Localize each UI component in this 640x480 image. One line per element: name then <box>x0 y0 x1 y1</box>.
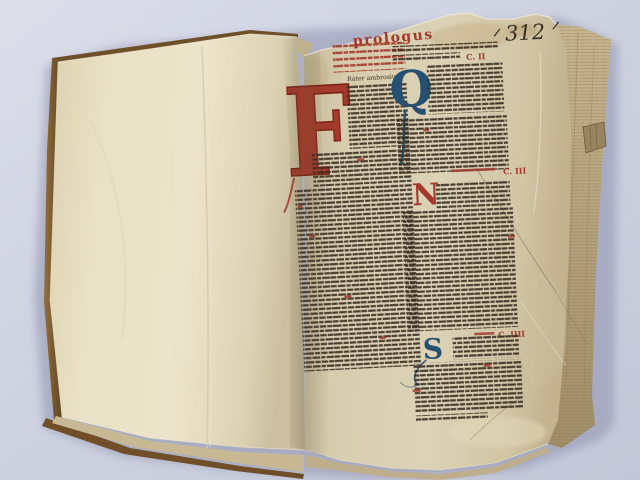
chapter-heading-c3: C. III <box>503 165 527 176</box>
folio-number-text: 312 <box>504 20 545 46</box>
book-photo: prologus 312 F Rater ambrosius C. II <box>0 0 640 480</box>
left-page <box>50 34 305 450</box>
chapter-heading-c2: C. II <box>466 51 486 62</box>
